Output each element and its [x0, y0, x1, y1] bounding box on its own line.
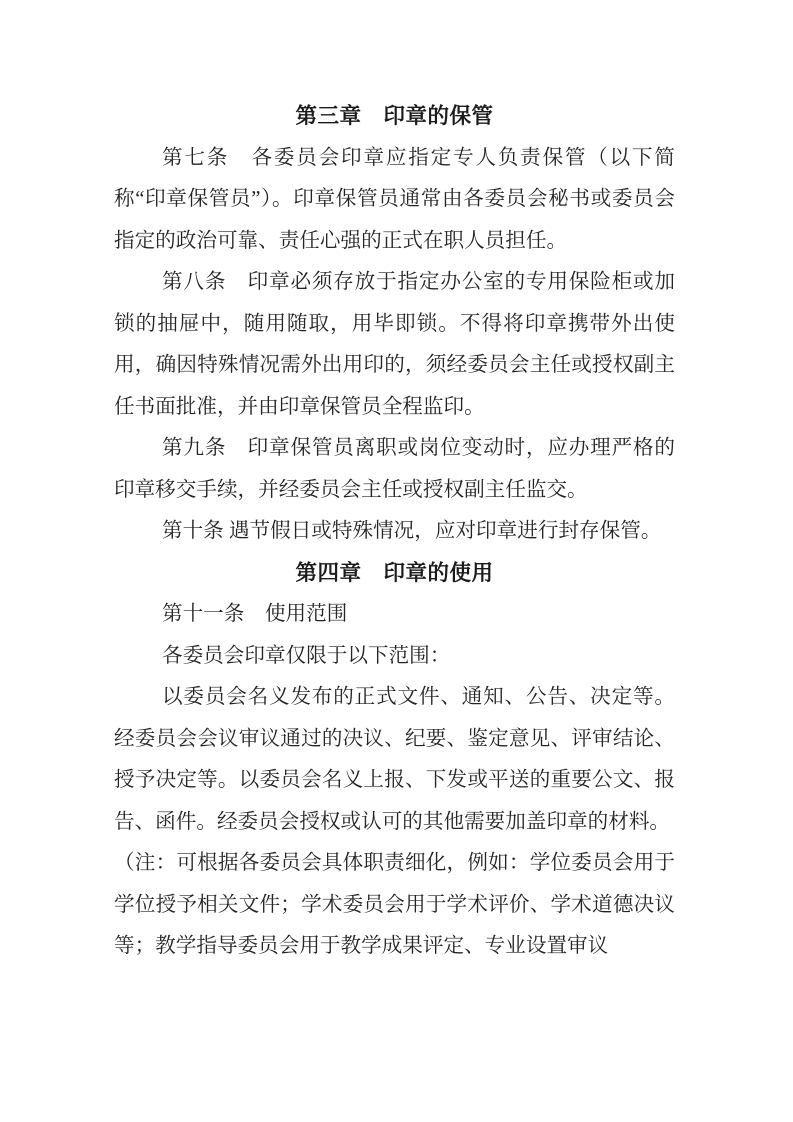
chapter-4-heading: 第四章 印章的使用: [114, 553, 675, 595]
article-11-title-paragraph: 第十一条 使用范围: [114, 594, 675, 636]
document-page: 第三章 印章的保管 第七条 各委员会印章应指定专人负责保管（以下简称“印章保管员…: [0, 0, 793, 1122]
scope-detail-paragraph: 以委员会名义发布的正式文件、通知、公告、决定等。经委员会会议审议通过的决议、纪要…: [114, 677, 675, 843]
article-7-paragraph: 第七条 各委员会印章应指定专人负责保管（以下简称“印章保管员”）。印章保管员通常…: [114, 138, 675, 263]
article-8-paragraph: 第八条 印章必须存放于指定办公室的专用保险柜或加锁的抽屉中，随用随取，用毕即锁。…: [114, 262, 675, 428]
note-paragraph: （注：可根据各委员会具体职责细化，例如：学位委员会用于学位授予相关文件；学术委员…: [114, 843, 675, 968]
article-9-paragraph: 第九条 印章保管员离职或岗位变动时，应办理严格的印章移交手续，并经委员会主任或授…: [114, 428, 675, 511]
scope-intro-paragraph: 各委员会印章仅限于以下范围：: [114, 636, 675, 678]
article-10-paragraph: 第十条 遇节假日或特殊情况，应对印章进行封存保管。: [114, 511, 675, 553]
chapter-3-heading: 第三章 印章的保管: [114, 96, 675, 138]
